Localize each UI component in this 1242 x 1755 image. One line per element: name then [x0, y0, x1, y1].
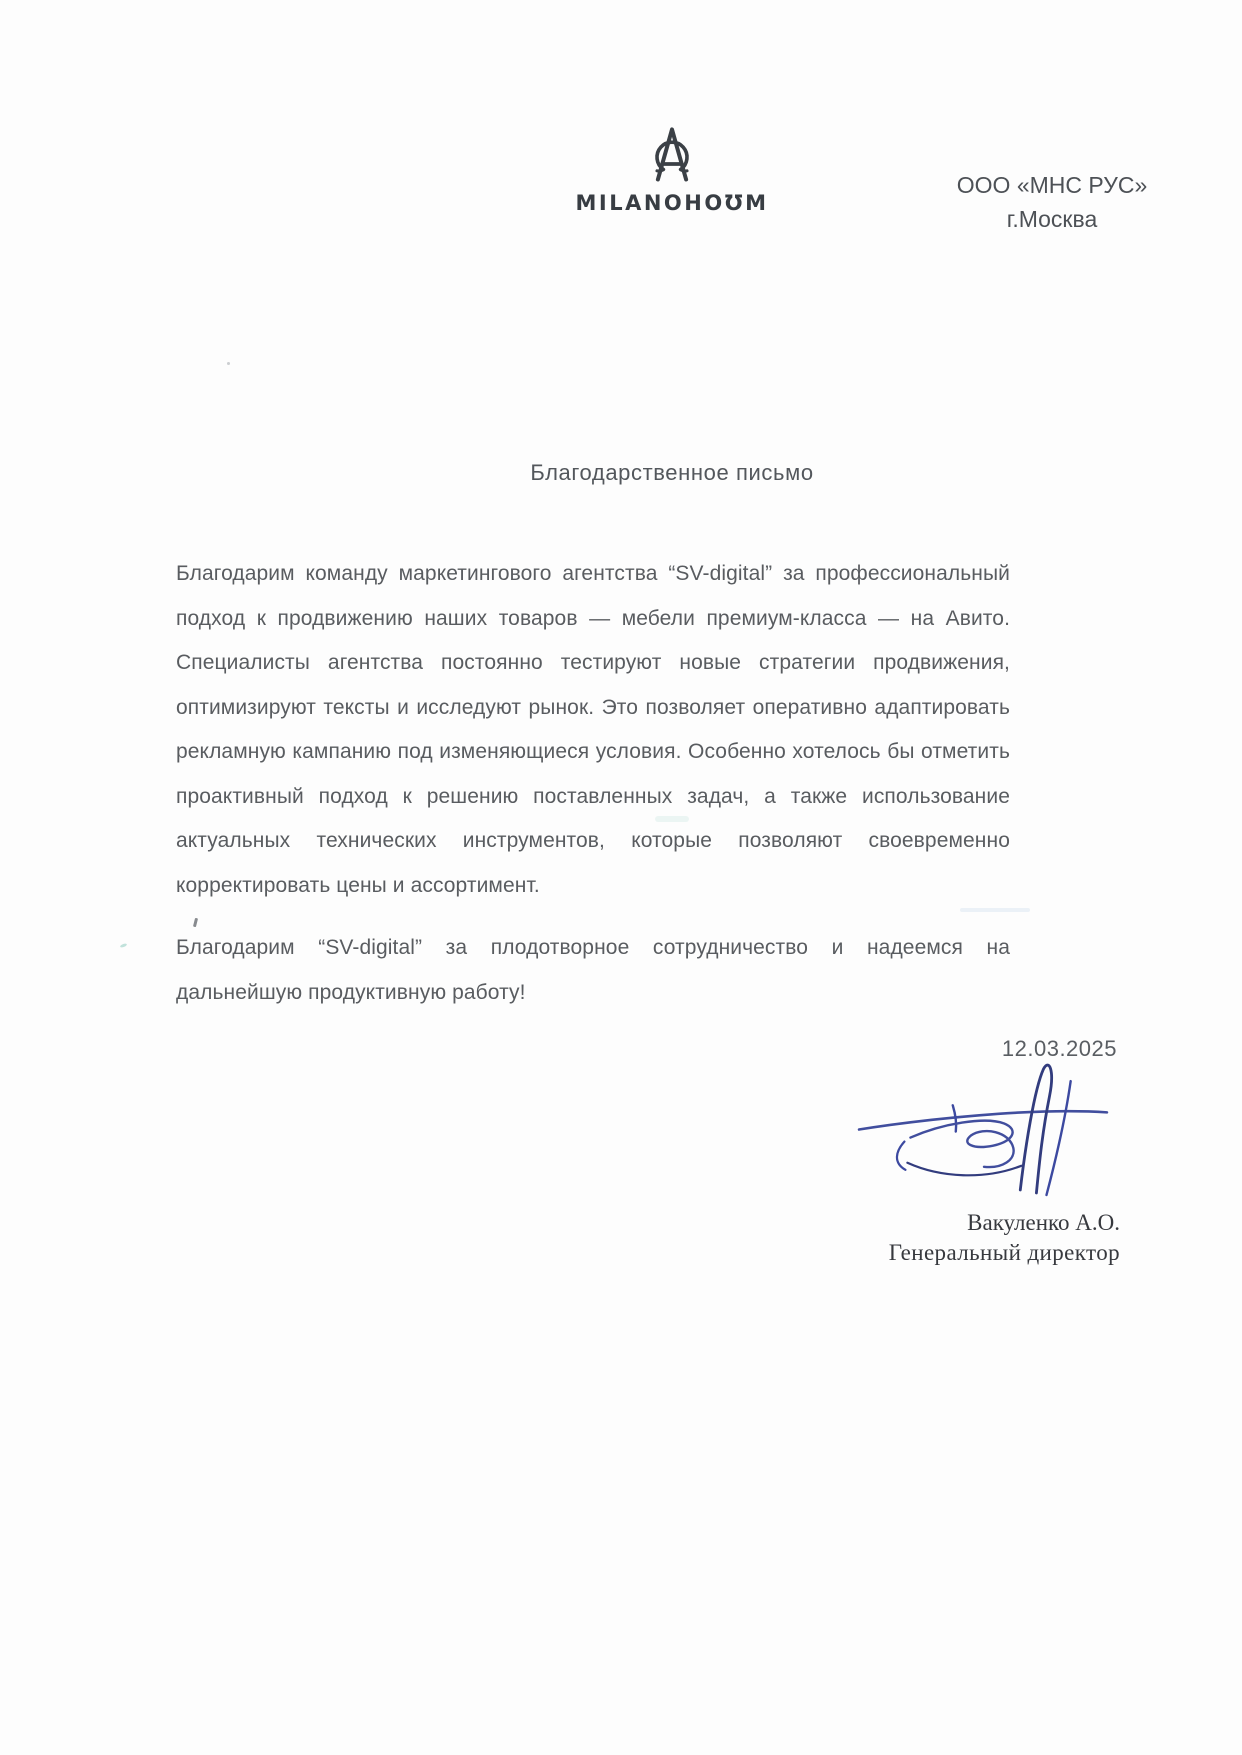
brand-wordmark: MILANOHOƱM: [492, 191, 852, 215]
company-block: ООО «МНС РУС» г.Москва: [922, 168, 1182, 236]
letter-title: Благодарственное письмо: [352, 460, 992, 486]
signer-name: Вакуленко А.О.: [700, 1208, 1120, 1238]
brand-monogram-icon: [652, 126, 692, 182]
paragraph-closing: Благодарим “SV-digital” за плодотворное …: [176, 926, 1010, 1015]
scan-speck: [227, 362, 230, 365]
letter-page: MILANOHOƱM ООО «МНС РУС» г.Москва Благод…: [0, 0, 1242, 1755]
letterhead-logo: MILANOHOƱM: [492, 126, 852, 215]
company-name: ООО «МНС РУС»: [922, 168, 1182, 202]
signer-block: Вакуленко А.О. Генеральный директор: [700, 1208, 1120, 1268]
letter-date: 12.03.2025: [1002, 1036, 1117, 1062]
scan-smudge: [655, 816, 689, 822]
company-city: г.Москва: [922, 202, 1182, 236]
scan-speck: [120, 943, 128, 948]
signature-icon: [852, 1060, 1114, 1198]
letter-body: Благодарим команду маркетингового агентс…: [176, 552, 1010, 1033]
scan-smudge: [960, 908, 1030, 912]
paragraph-gratitude: Благодарим команду маркетингового агентс…: [176, 552, 1010, 908]
signer-title: Генеральный директор: [700, 1238, 1120, 1268]
